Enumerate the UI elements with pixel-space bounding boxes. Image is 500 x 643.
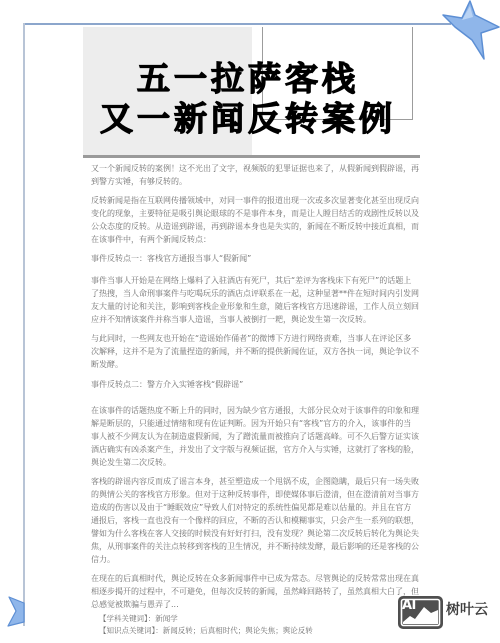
mountain-icon [398, 596, 443, 629]
turn-2-paragraph-2: 客栈的辟谣内容反而成了谣言本身，甚至塑造成一个甩锅不成，企图隐瞒，最后只有一场失… [91, 475, 421, 566]
text-line: 总感觉被欺骗与愚弄了... [91, 598, 421, 611]
turn-2-paragraph-1: 在该事件的话题热度不断上升的同时，因为缺少官方通报，大部分民众对于该事件的印象和… [91, 404, 421, 469]
text-line: 在现在的后真相时代，舆论反转在众多新闻事件中已成为常态。尽管舆论的反转常常出现在… [91, 572, 421, 585]
turn-1-paragraph-2: 与此同时，一些网友也开始在“造谣始作俑者”的微博下方进行网络责难，当事人在评论区… [91, 332, 421, 371]
text-line: 相逐步揭开的过程中，不可避免，但每次反转的新闻，虽然峰回路转了，虽然真相大白了，… [91, 585, 421, 598]
text-line: 应并不知情该案件并称当事人造谣，当事人被倒打一耙，舆论发生第一次反转。 [91, 313, 421, 326]
turn-1-paragraph-1: 事件当事人开始是在网络上爆料了入驻酒店有死尸，其后“差评为客栈床下有死尸”的话题… [91, 274, 421, 326]
subject-keywords: 【学科关键词】：新闻学 [99, 613, 178, 625]
text-line: 事人被不少网友认为在制造虚假新闻，为了蹭流量而被推向了话题高峰。可不久后警方证实… [91, 430, 421, 443]
text-line: 的舆情公关的客栈官方形象。但对于这种反转事件，即使媒体事后澄清，但在澄清前对当事… [91, 488, 421, 501]
text-line: 了热搜，当人命刑事案件与吃喝玩乐的酒店点评联系在一起，这种显著**件在短时间内引… [91, 287, 421, 300]
heading-text: 事件反转点二：警方介入实锤客栈“假辟谣” [91, 378, 421, 391]
text-line: 友大量的讨论和关注，影响到客栈企业形象和生意，随后客栈官方迅速辟谣，工作人员立刻… [91, 300, 421, 313]
text-line: 在该事件的话题热度不断上升的同时，因为缺少官方通报，大部分民众对于该事件的印象和… [91, 404, 421, 417]
heading-text: 事件反转点一：客栈官方通报当事人“假新闻” [91, 252, 421, 265]
brand-name: 树叶云 [446, 601, 488, 619]
definition-paragraph: 反转新闻是指在互联网传播领域中，对同一事件的报道出现一次或多次显著变化甚至出现反… [91, 194, 421, 246]
text-line: 通报后，客栈一直也没有一个像样的回应，不断的否认和模糊事实，只会产生一系列的联想… [91, 514, 421, 527]
text-line: 造成的伤害以及由于“睡眠效应”导致人们对特定的系统性偏见都是难以估量的。并且在官… [91, 501, 421, 514]
text-line: 酒店确实有凶杀案产生，并发出了文字版与视频证据，官方介入与实锤，这就打了客栈的脸… [91, 443, 421, 456]
knowledge-keywords: 【知识点关键词】：新闻反转；后真相时代；舆论失焦；舆论反转 [99, 625, 313, 637]
text-line: 在该事件中，有两个新闻反转点： [91, 233, 421, 246]
text-line: 公众态度的反转。从造谣到辟谣，再到辟谣本身也是失实的，新闻在不断反转中接近真相，… [91, 220, 421, 233]
text-line: 事件当事人开始是在网络上爆料了入驻酒店有死尸，其后“差评为客栈床下有死尸”的话题… [91, 274, 421, 287]
text-line: 到警方实锤，有够反转的。 [91, 175, 421, 188]
text-line: 譬如为什么客栈在客人交接的时候没有好好打扫，没有发现？舆论第二次反转后转化为舆论… [91, 527, 421, 540]
text-line: 舆论发生第二次反转。 [91, 456, 421, 469]
section-heading-turn-1: 事件反转点一：客栈官方通报当事人“假新闻” [91, 252, 421, 265]
text-line: 信力。 [91, 553, 421, 566]
text-line: 又一个新闻反转的案例！这不光出了文字，视频版的犯罪证据也来了，从假新闻到假辟谣，… [91, 162, 421, 175]
title-underline [83, 155, 420, 158]
text-line: 反转新闻是指在互联网传播领域中，对同一事件的报道出现一次或多次显著变化甚至出现反… [91, 194, 421, 207]
conclusion-paragraph: 在现在的后真相时代，舆论反转在众多新闻事件中已成为常态。尽管舆论的反转常常出现在… [91, 572, 421, 611]
text-line: 次解释，这并不是为了流量捏造的新闻，并不断的提供新闻佐证，双方各执一词，舆论争议… [91, 345, 421, 358]
page-title-line-2: 又一新闻反转案例 [83, 101, 413, 137]
text-line: 变化的现象，主要特征是吸引舆论眼球的不是事件本身，而是让人瞠目结舌的戏剧性反转以… [91, 207, 421, 220]
text-line: 断发酵。 [91, 358, 421, 371]
text-line: 解是断层的，只能通过情绪和现有佐证判断。因为开始只有“客栈”官方的介入，该事件的… [91, 417, 421, 430]
ai-logo-icon: AI [398, 596, 443, 629]
text-line: 与此同时，一些网友也开始在“造谣始作俑者”的微博下方进行网络责难，当事人在评论区… [91, 332, 421, 345]
intro-paragraph: 又一个新闻反转的案例！这不光出了文字，视频版的犯罪证据也来了，从假新闻到假辟谣，… [91, 162, 421, 188]
section-heading-turn-2: 事件反转点二：警方介入实锤客栈“假辟谣” [91, 378, 421, 391]
text-line: 客栈的辟谣内容反而成了谣言本身，甚至塑造成一个甩锅不成，企图隐瞒，最后只有一场失… [91, 475, 421, 488]
text-line: 焦，从刑事案件的关注点转移到客栈的卫生情况，并不断持续发酵，最后影响的还是客栈的… [91, 540, 421, 553]
page-title-line-1: 五一拉萨客栈 [83, 61, 413, 97]
